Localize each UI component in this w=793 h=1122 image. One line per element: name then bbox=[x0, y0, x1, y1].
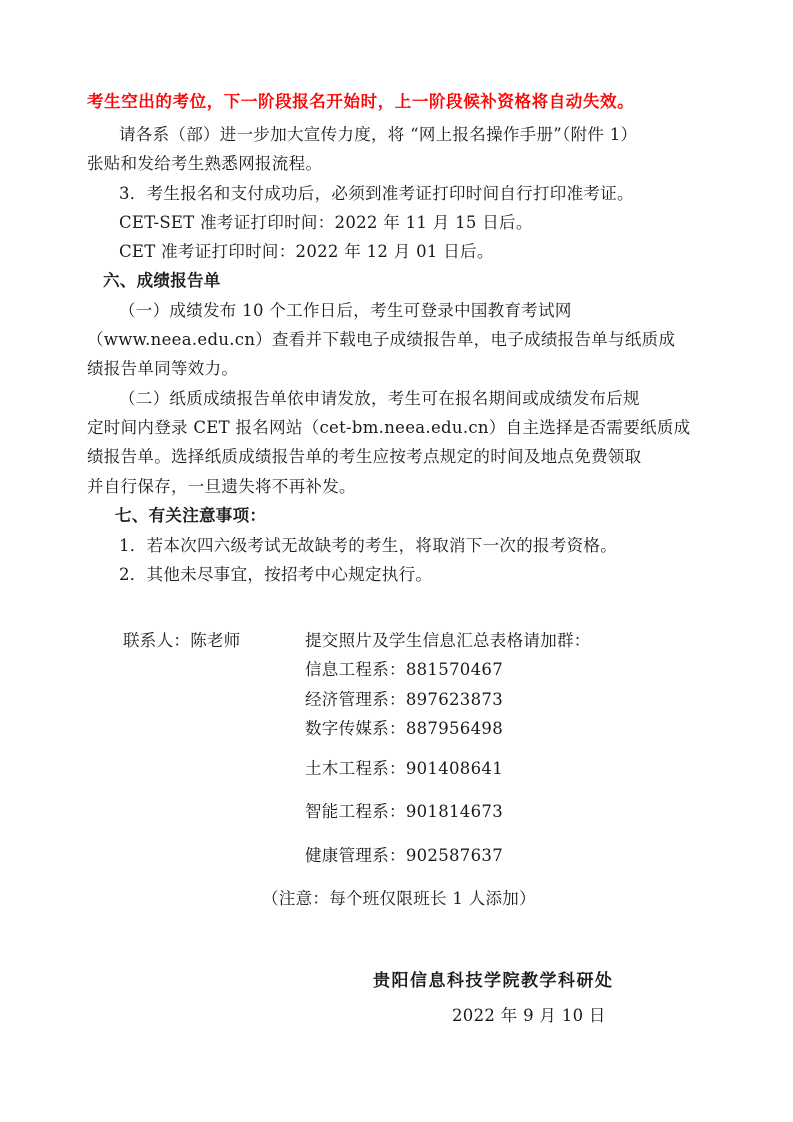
section6-p1-line1: （一）成绩发布 10 个工作日后，考生可登录中国教育考试网 bbox=[119, 300, 572, 322]
group-number: 902587637 bbox=[406, 846, 503, 865]
section7-item-2: 2．其他未尽事宜，按招考中心规定执行。 bbox=[119, 564, 432, 586]
section7-heading: 七、有关注意事项： bbox=[115, 505, 266, 527]
red-notice: 考生空出的考位，下一阶段报名开始时，上一阶段候补资格将自动失效。 bbox=[87, 91, 634, 113]
group-dept: 数字传媒系： bbox=[305, 719, 406, 738]
group-number: 881570467 bbox=[406, 660, 503, 679]
group-dept: 智能工程系： bbox=[305, 802, 406, 821]
section6-p1-line2: （www.neea.edu.cn）查看并下载电子成绩报告单，电子成绩报告单与纸质… bbox=[87, 329, 675, 351]
section6-p2-line3: 绩报告单。选择纸质成绩报告单的考生应按考点规定的时间及地点免费领取 bbox=[87, 446, 641, 468]
group-row: 健康管理系：902587637 bbox=[305, 845, 503, 867]
section7-item-1: 1．若本次四六级考试无故缺考的考生，将取消下一次的报考资格。 bbox=[119, 535, 617, 557]
contact-note: （注意：每个班仅限班长 1 人添加） bbox=[262, 888, 536, 910]
group-row: 土木工程系：901408641 bbox=[305, 758, 503, 780]
section6-p2-line2: 定时间内登录 CET 报名网站（cet-bm.neea.edu.cn）自主选择是… bbox=[87, 417, 690, 439]
group-row: 信息工程系：881570467 bbox=[305, 659, 503, 681]
section6-heading: 六、成绩报告单 bbox=[103, 270, 221, 292]
document-page: 考生空出的考位，下一阶段报名开始时，上一阶段候补资格将自动失效。 请各系（部）进… bbox=[0, 0, 793, 1122]
section6-p1-line3: 绩报告单同等效力。 bbox=[87, 358, 238, 380]
groups-intro: 提交照片及学生信息汇总表格请加群： bbox=[305, 630, 591, 652]
group-dept: 健康管理系： bbox=[305, 846, 406, 865]
section6-p2-line1: （二）纸质成绩报告单依申请发放，考生可在报名期间或成绩发布后规 bbox=[119, 388, 640, 410]
group-number: 897623873 bbox=[406, 690, 503, 709]
group-row: 智能工程系：901814673 bbox=[305, 801, 503, 823]
signature-org: 贵阳信息科技学院教学科研处 bbox=[373, 970, 614, 992]
section6-p2-line4: 并自行保存，一旦遗失将不再补发。 bbox=[87, 476, 356, 498]
group-row: 经济管理系：897623873 bbox=[305, 689, 503, 711]
publicity-paragraph-line1: 请各系（部）进一步加大宣传力度，将 “网上报名操作手册”（附件 1） bbox=[119, 124, 637, 146]
cet-print-time: CET 准考证打印时间：2022 年 12 月 01 日后。 bbox=[119, 241, 494, 263]
item-3: 3．考生报名和支付成功后，必须到准考证打印时间自行打印准考证。 bbox=[119, 183, 634, 205]
contact-person: 联系人：陈老师 bbox=[123, 630, 241, 652]
group-row: 数字传媒系：887956498 bbox=[305, 718, 503, 740]
group-dept: 经济管理系： bbox=[305, 690, 406, 709]
group-number: 887956498 bbox=[406, 719, 503, 738]
group-number: 901408641 bbox=[406, 759, 503, 778]
group-dept: 土木工程系： bbox=[305, 759, 406, 778]
group-number: 901814673 bbox=[406, 802, 503, 821]
group-dept: 信息工程系： bbox=[305, 660, 406, 679]
signature-date: 2022 年 9 月 10 日 bbox=[452, 1005, 606, 1027]
publicity-paragraph-line2: 张贴和发给考生熟悉网报流程。 bbox=[87, 153, 322, 175]
cet-set-print-time: CET-SET 准考证打印时间：2022 年 11 月 15 日后。 bbox=[119, 212, 533, 234]
